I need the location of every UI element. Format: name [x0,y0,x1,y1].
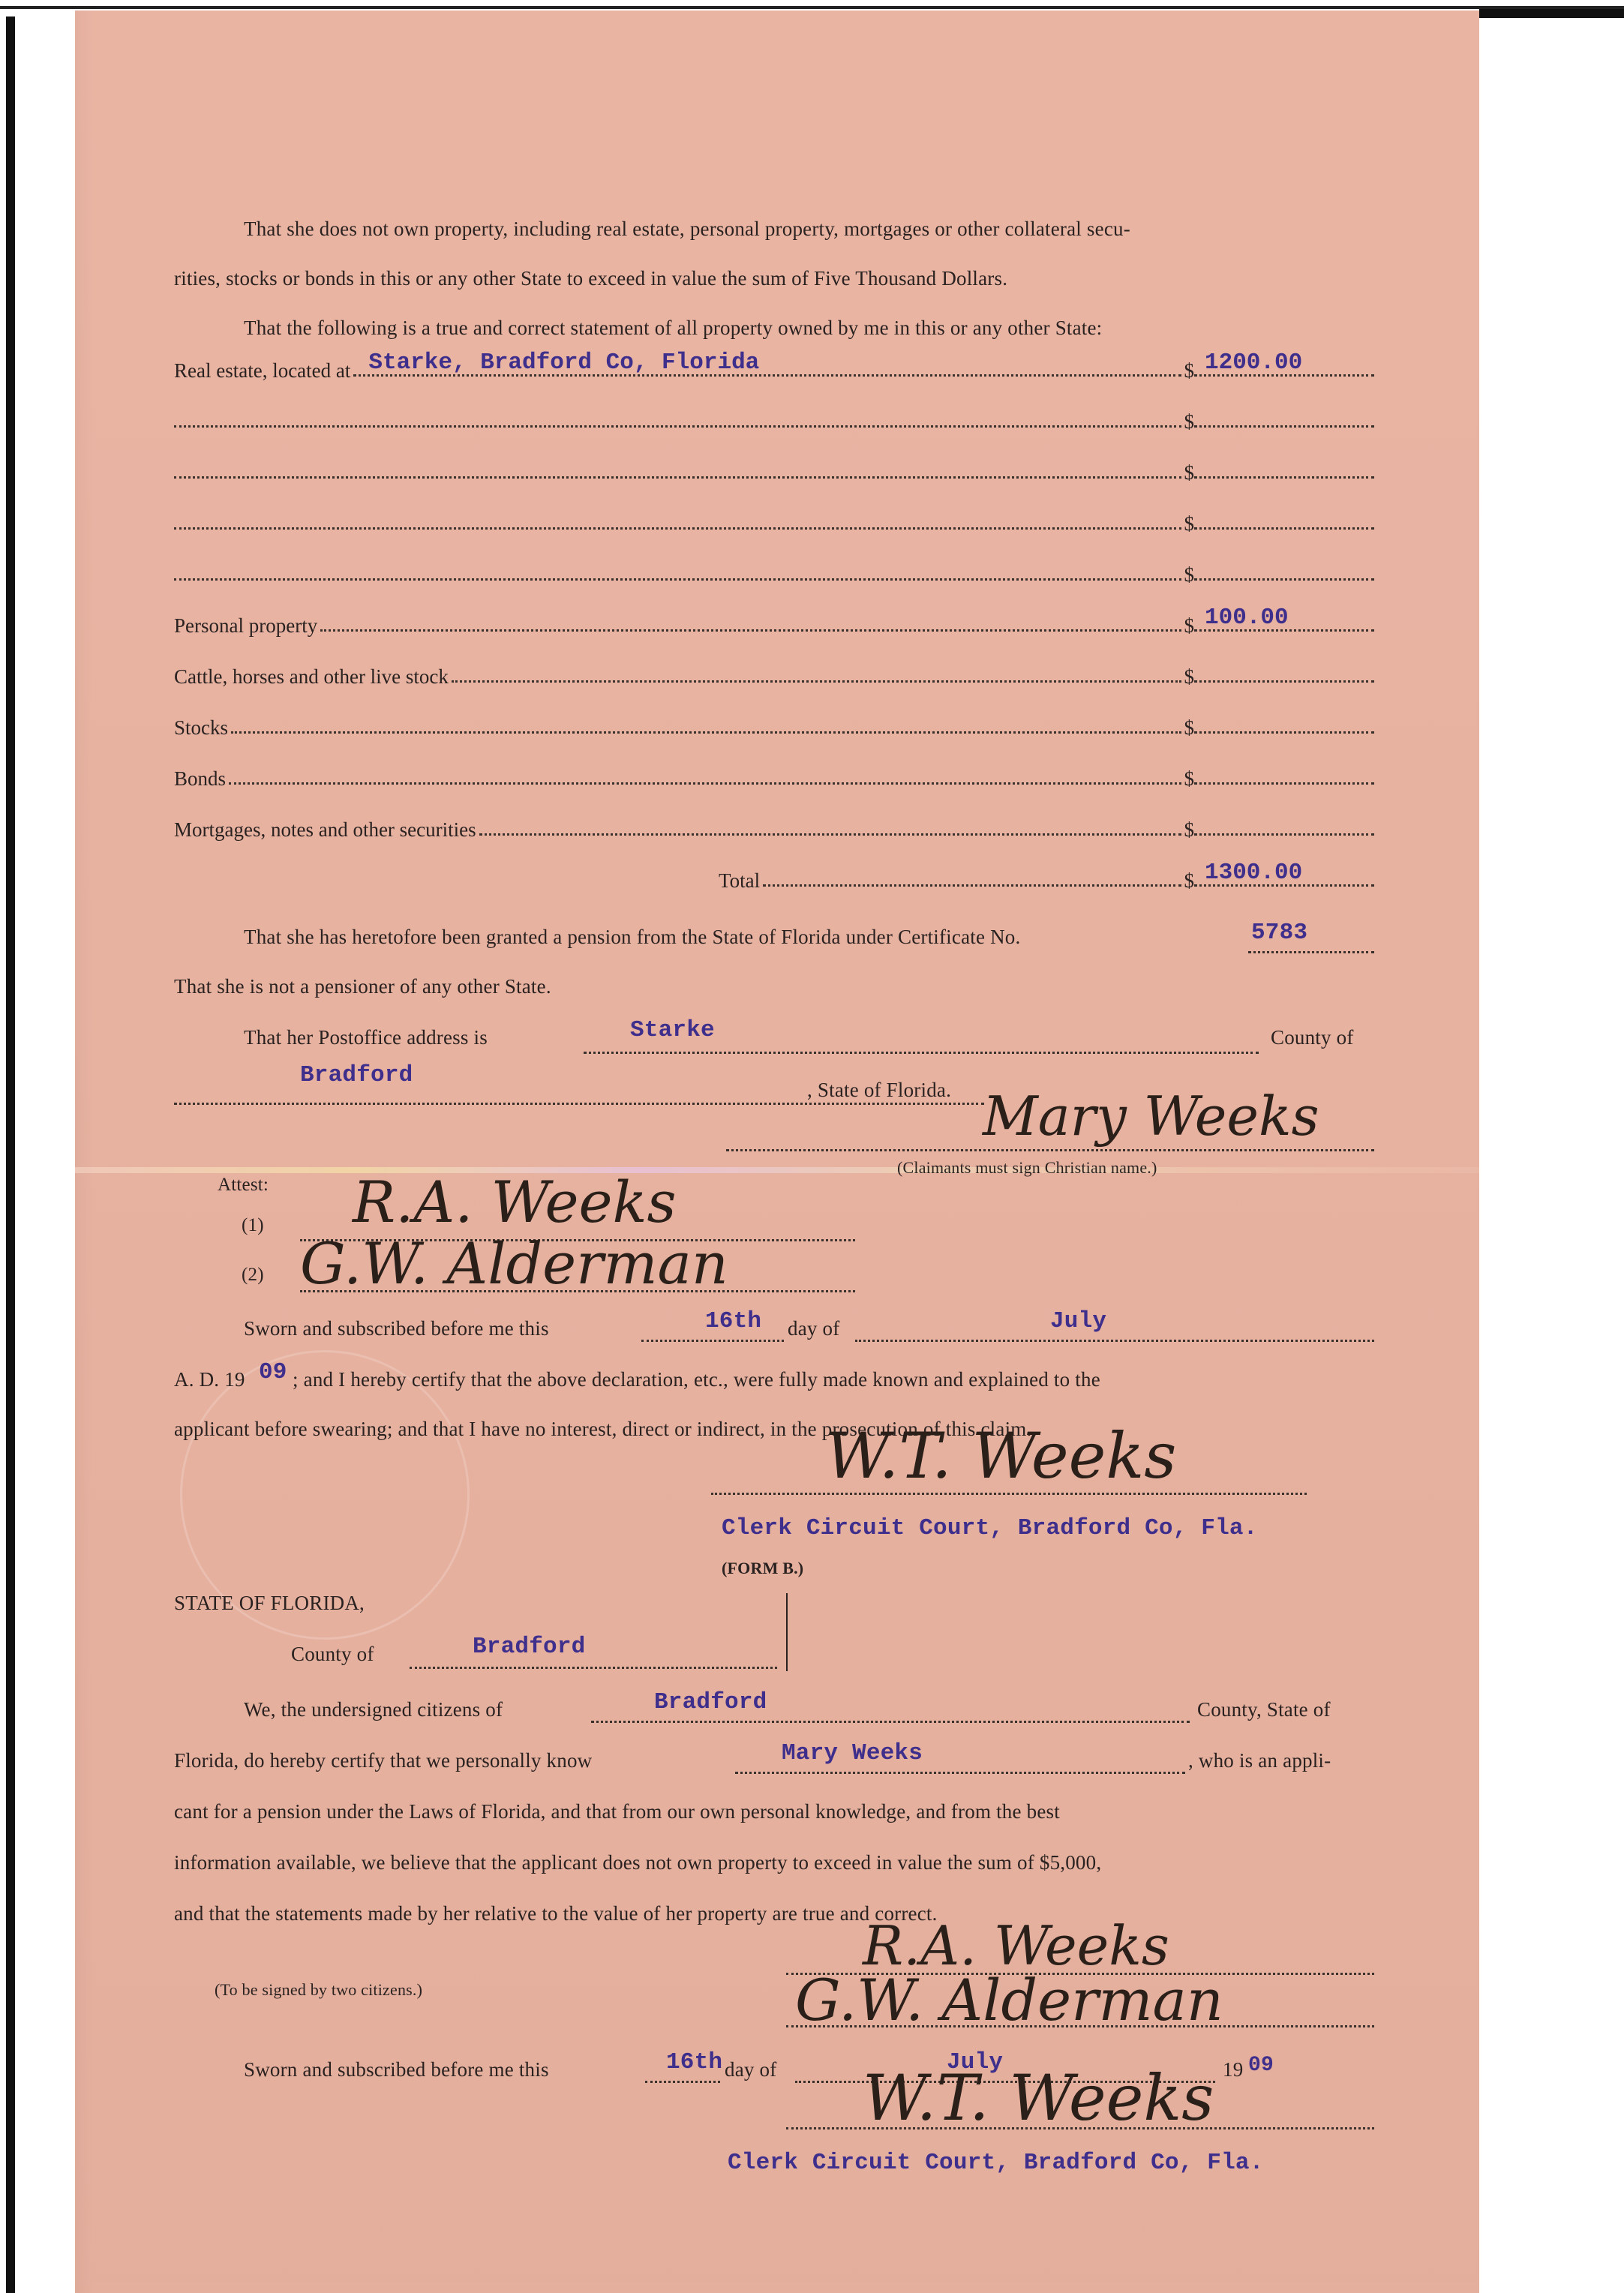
livestock-label: Cattle, horses and other live stock [174,665,449,689]
venue-bracket [780,1593,788,1671]
blank-amount-field[interactable] [1194,425,1374,428]
clerk-1-title: Clerk Circuit Court, Bradford Co, Fla. [722,1515,1258,1541]
county-of-b-label: County of [291,1643,374,1666]
dollar-sign: $ [1184,359,1195,383]
clerk-1-signature-line[interactable] [711,1493,1307,1495]
attest-2-signature: G.W. Alderman [300,1230,728,1297]
sworn-1-day-field[interactable] [641,1340,784,1342]
claimant-signature: Mary Weeks [983,1085,1319,1148]
not-pensioner-statement: That she is not a pensioner of any other… [174,975,551,998]
real-estate-amount-value: 1200.00 [1205,350,1302,376]
pension-statement: That she has heretofore been granted a p… [244,926,1020,949]
certificate-number: 5783 [1251,920,1307,946]
dollar-sign: $ [1184,716,1195,740]
dollar-sign: $ [1184,665,1195,689]
dollar-sign: $ [1184,614,1195,638]
stocks-row: Stocks $ [174,710,1374,740]
leader-dots [479,833,1181,836]
certification-line-1: ; and I hereby certify that the above de… [293,1368,1100,1391]
dollar-sign: $ [1184,461,1195,485]
attest-2-number: (2) [242,1265,264,1286]
personal-property-label: Personal property [174,614,317,638]
postoffice-value: Starke [630,1017,715,1043]
county-field[interactable] [174,1103,984,1105]
paper-fold-crease [75,1167,1479,1173]
certify-prefix: Florida, do hereby certify that we perso… [174,1749,592,1772]
personal-property-row: Personal property $ 100.00 [174,608,1374,638]
certify-suffix: , who is an appli- [1188,1749,1331,1772]
stocks-amount-field[interactable] [1194,731,1374,734]
total-label: Total [719,869,760,893]
dollar-sign: $ [1184,767,1195,791]
blank-property-row-4: $ [174,557,1374,587]
blank-description-field[interactable] [174,527,1181,530]
attest-1-signature: R.A. Weeks [353,1169,677,1235]
state-of-florida-text: , State of Florida. [807,1079,951,1102]
mortgages-label: Mortgages, notes and other securities [174,818,476,842]
certify-line-4: information available, we believe that t… [174,1851,1101,1874]
sworn-1-dayof: day of [788,1317,839,1340]
real-estate-label: Real estate, located at [174,359,350,383]
blank-description-field[interactable] [174,476,1181,479]
sworn-statement-2-prefix: Sworn and subscribed before me this [244,2058,549,2081]
attest-label: Attest: [218,1175,269,1196]
dollar-sign: $ [1184,410,1195,434]
dollar-sign: $ [1184,869,1195,893]
intro-paragraph-line-1: That she does not own property, includin… [244,218,1130,241]
ad-prefix: A. D. 19 [174,1368,245,1391]
blank-amount-field[interactable] [1194,578,1374,581]
leader-dots [231,731,1181,734]
applicant-name-value: Mary Weeks [782,1740,923,1766]
scan-edge-top-right [1479,9,1624,18]
property-statement-intro: That the following is a true and correct… [244,317,1102,340]
scan-edge-top [0,6,1624,9]
real-estate-row: Real estate, located at Starke, Bradford… [174,353,1374,383]
county-of-label: County of [1271,1026,1354,1049]
leader-dots [229,782,1181,785]
real-estate-amount-field[interactable]: 1200.00 [1194,374,1374,377]
citizens-county-field[interactable] [591,1721,1190,1723]
bonds-amount-field[interactable] [1194,782,1374,785]
county-of-b-value: Bradford [473,1634,585,1660]
clerk-1-signature: W.T. Weeks [825,1419,1176,1493]
certificate-field[interactable] [1248,951,1374,953]
total-amount-value: 1300.00 [1205,860,1302,886]
sworn-1-month-field[interactable] [855,1340,1374,1342]
blank-description-field[interactable] [174,578,1181,581]
postoffice-label: That her Postoffice address is [244,1026,488,1049]
bonds-row: Bonds $ [174,761,1374,791]
attest-1-number: (1) [242,1215,264,1236]
ad-year-value: 09 [259,1359,287,1385]
stocks-label: Stocks [174,716,228,740]
leader-dots [763,884,1181,887]
mortgages-amount-field[interactable] [1194,833,1374,836]
clerk-2-signature: W.T. Weeks [863,2061,1214,2135]
applicant-name-field[interactable] [735,1772,1185,1774]
sworn-1-month-value: July [1050,1308,1106,1334]
leader-dots [320,629,1181,632]
blank-amount-field[interactable] [1194,476,1374,479]
blank-property-row-3: $ [174,506,1374,536]
real-estate-location-field[interactable]: Starke, Bradford Co, Florida [353,374,1181,377]
sworn-2-year-value: 09 [1248,2054,1274,2077]
sworn-2-dayof: day of [725,2058,776,2081]
two-citizens-note: (To be signed by two citizens.) [215,1980,422,2000]
certify-line-5: and that the statements made by her rela… [174,1902,938,1925]
citizens-suffix: County, State of [1197,1698,1331,1721]
county-of-b-field[interactable] [410,1667,777,1669]
sworn-1-day-value: 16th [705,1308,761,1334]
clerk-2-title: Clerk Circuit Court, Bradford Co, Fla. [728,2150,1264,2176]
dollar-sign: $ [1184,563,1195,587]
form-b-label: (FORM B.) [722,1559,803,1578]
claimant-note: (Claimants must sign Christian name.) [897,1158,1157,1178]
blank-description-field[interactable] [174,425,1181,428]
state-header: STATE OF FLORIDA, [174,1592,365,1615]
blank-property-row-2: $ [174,455,1374,485]
postoffice-field[interactable] [584,1052,1259,1054]
dollar-sign: $ [1184,512,1195,536]
leader-dots [452,680,1181,683]
dollar-sign: $ [1184,818,1195,842]
certify-line-3: cant for a pension under the Laws of Flo… [174,1800,1060,1823]
sworn-2-day-field[interactable] [645,2081,720,2083]
livestock-row: Cattle, horses and other live stock $ [174,659,1374,689]
bonds-label: Bonds [174,767,226,791]
claimant-signature-line[interactable] [726,1149,1374,1151]
mortgages-row: Mortgages, notes and other securities $ [174,812,1374,842]
citizens-county-value: Bradford [654,1689,767,1715]
real-estate-location-value: Starke, Bradford Co, Florida [368,350,759,376]
personal-property-amount-field[interactable]: 100.00 [1194,629,1374,632]
personal-property-amount-value: 100.00 [1205,605,1289,631]
scan-edge-left [6,17,15,2293]
sworn-statement-1-prefix: Sworn and subscribed before me this [244,1317,549,1340]
sworn-2-year-prefix: 19 [1223,2058,1243,2081]
blank-property-row-1: $ [174,404,1374,434]
sworn-2-day-value: 16th [666,2049,722,2075]
intro-paragraph-line-2: rities, stocks or bonds in this or any o… [174,267,1007,290]
livestock-amount-field[interactable] [1194,680,1374,683]
blank-amount-field[interactable] [1194,527,1374,530]
citizen-2-signature: G.W. Alderman [795,1967,1223,2033]
total-row: Total $ 1300.00 [719,863,1374,893]
citizens-prefix: We, the undersigned citizens of [244,1698,503,1721]
county-value: Bradford [300,1062,413,1088]
total-amount-field[interactable]: 1300.00 [1194,884,1374,887]
